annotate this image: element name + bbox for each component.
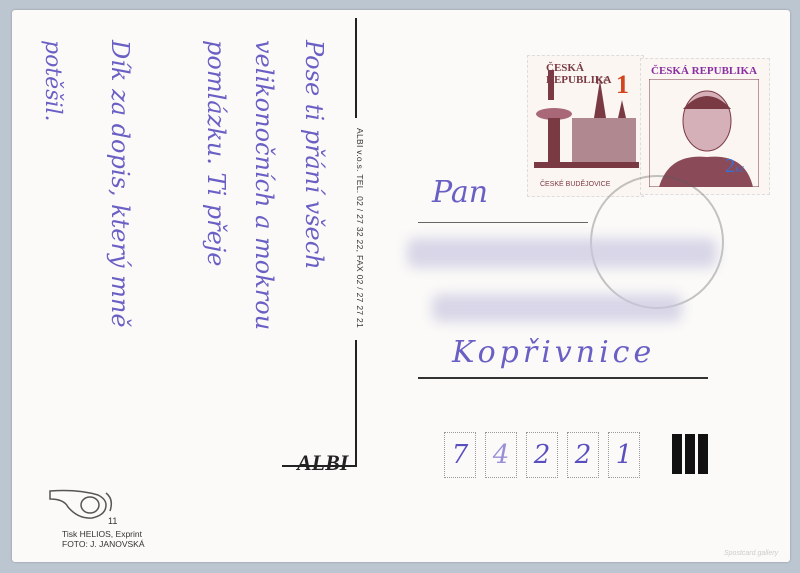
stamp-caption: ČESKÉ BUDĚJOVICE [540,181,610,188]
redacted-street [432,294,682,322]
message-line-5: potěšil. [40,40,65,122]
photo-credit: FOTO: J. JANOVSKÁ [62,539,145,549]
message-line-4: Dík za dopis, který mně [106,40,134,540]
zip-digit-3: 2 [526,432,558,478]
address-city: Kopřivnice [452,335,655,370]
stamp-country: ČESKÁ REPUBLIKA [651,65,757,77]
message-line-1: Pose ti přání všech [300,40,328,430]
publisher-logo: ALBI [297,450,348,476]
divider-bottom [355,340,357,465]
postal-bar-2 [685,434,695,474]
postal-bar-1 [672,434,682,474]
zip-digit-5: 1 [608,432,640,478]
watermark: Spostcard.gallery [724,550,778,557]
address-line-1 [418,222,588,223]
redacted-name [407,238,717,268]
print-credit: Tisk HELIOS, Exprint [62,529,145,539]
stamp-ceske-budejovice: ČESKÁ REPUBLIKA Kč 1 ČESKÉ BUDĚJOVICE [527,55,644,197]
divider-top [355,18,357,118]
fountain-town-illustration [534,70,639,178]
postcard: Pose ti přání všech velikonočních a mokr… [12,10,790,562]
zip-digit-1: 7 [444,432,476,478]
address-salutation: Pan [432,175,488,210]
postcard-code: 11 [108,516,117,526]
publisher-contact: ALBI v.o.s. TEL. 02 / 27 32 22, FAX 02 /… [355,128,365,328]
zip-digit-2: 4 [485,432,517,478]
zip-digit-4: 2 [567,432,599,478]
postal-bar-3 [698,434,708,474]
stamp-value: 2Kč [725,155,744,178]
credits: Tisk HELIOS, Exprint FOTO: J. JANOVSKÁ [62,529,145,549]
address-line-city [418,377,708,379]
message-line-2: velikonočních a mokrou [250,40,278,510]
message-line-3: pomlázku. Ti přeje [202,40,230,560]
